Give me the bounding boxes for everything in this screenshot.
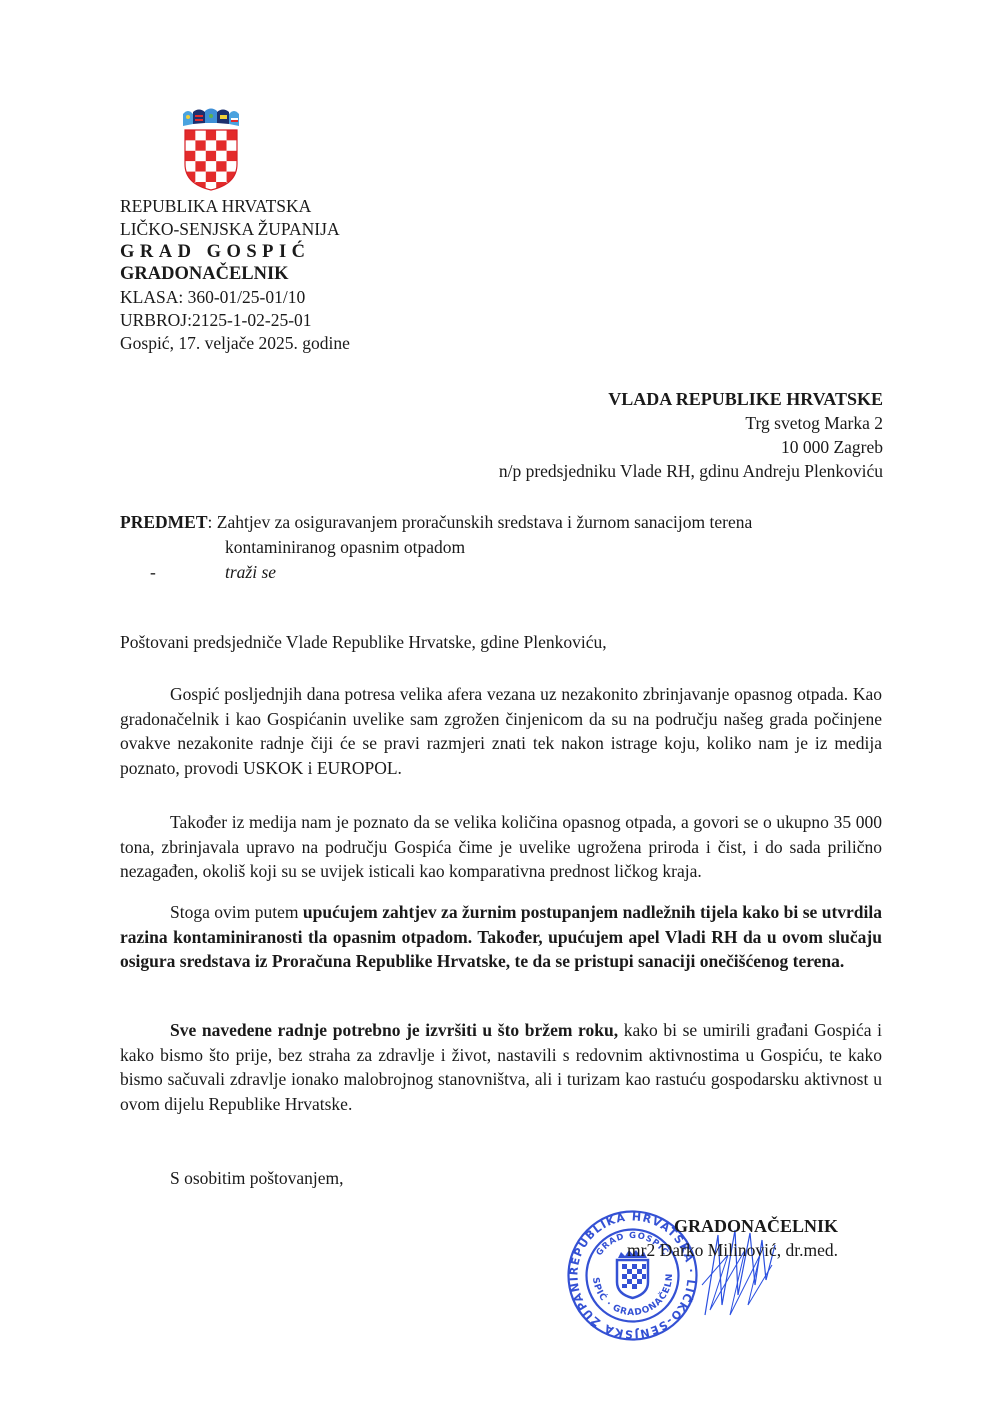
signatory-title: GRADONAČELNIK xyxy=(627,1214,838,1238)
body-paragraph-2: Također iz medija nam je poznato da se v… xyxy=(120,810,882,884)
subject-line-2: kontaminiranog opasnim otpadom xyxy=(225,537,465,557)
recipient-city: 10 000 Zagreb xyxy=(499,435,883,459)
paragraph-text: Gospić posljednjih dana potresa velika a… xyxy=(120,682,882,780)
closing: S osobitim poštovanjem, xyxy=(170,1168,344,1189)
body-paragraph-1: Gospić posljednjih dana potresa velika a… xyxy=(120,682,882,780)
sender-city: GRAD GOSPIĆ xyxy=(120,241,350,264)
salutation: Poštovani predsjedniče Vlade Republike H… xyxy=(120,632,607,653)
sender-county: LIČKO-SENJSKA ŽUPANIJA xyxy=(120,218,350,241)
urbroj-number: URBROJ:2125-1-02-25-01 xyxy=(120,309,350,332)
subject-line-1: Zahtjev za osiguravanjem proračunskih sr… xyxy=(217,512,753,532)
paragraph-emphasis: Sve navedene radnje potrebno je izvršiti… xyxy=(170,1020,618,1040)
sender-country: REPUBLIKA HRVATSKA xyxy=(120,195,350,218)
sender-office: GRADONAČELNIK xyxy=(120,263,350,286)
recipient-attention: n/p predsjedniku Vlade RH, gdinu Andreju… xyxy=(499,459,883,483)
body-paragraph-4: Sve navedene radnje potrebno je izvršiti… xyxy=(120,1018,882,1116)
body-paragraph-3: Stoga ovim putem upućujem zahtjev za žur… xyxy=(120,900,882,974)
recipient-block: VLADA REPUBLIKE HRVATSKE Trg svetog Mark… xyxy=(499,387,883,483)
klasa-number: KLASA: 360-01/25-01/10 xyxy=(120,286,350,309)
signature-block: GRADONAČELNIK mr2 Darko Milinović, dr.me… xyxy=(627,1214,838,1262)
subject-label: PREDMET xyxy=(120,512,208,532)
coat-of-arms-icon xyxy=(173,108,259,194)
signatory-name: mr2 Darko Milinović, dr.med. xyxy=(627,1238,838,1262)
paragraph-text: Stoga ovim putem xyxy=(170,902,303,922)
paragraph-text: Također iz medija nam je poznato da se v… xyxy=(120,810,882,884)
subject-block: PREDMET: Zahtjev za osiguravanjem prorač… xyxy=(120,510,880,585)
letter-date: Gospić, 17. veljače 2025. godine xyxy=(120,332,350,355)
subject-dash: - xyxy=(150,560,156,585)
subject-request: traži se xyxy=(225,560,276,585)
recipient-name: VLADA REPUBLIKE HRVATSKE xyxy=(499,387,883,411)
recipient-street: Trg svetog Marka 2 xyxy=(499,411,883,435)
sender-block: REPUBLIKA HRVATSKA LIČKO-SENJSKA ŽUPANIJ… xyxy=(120,195,350,355)
